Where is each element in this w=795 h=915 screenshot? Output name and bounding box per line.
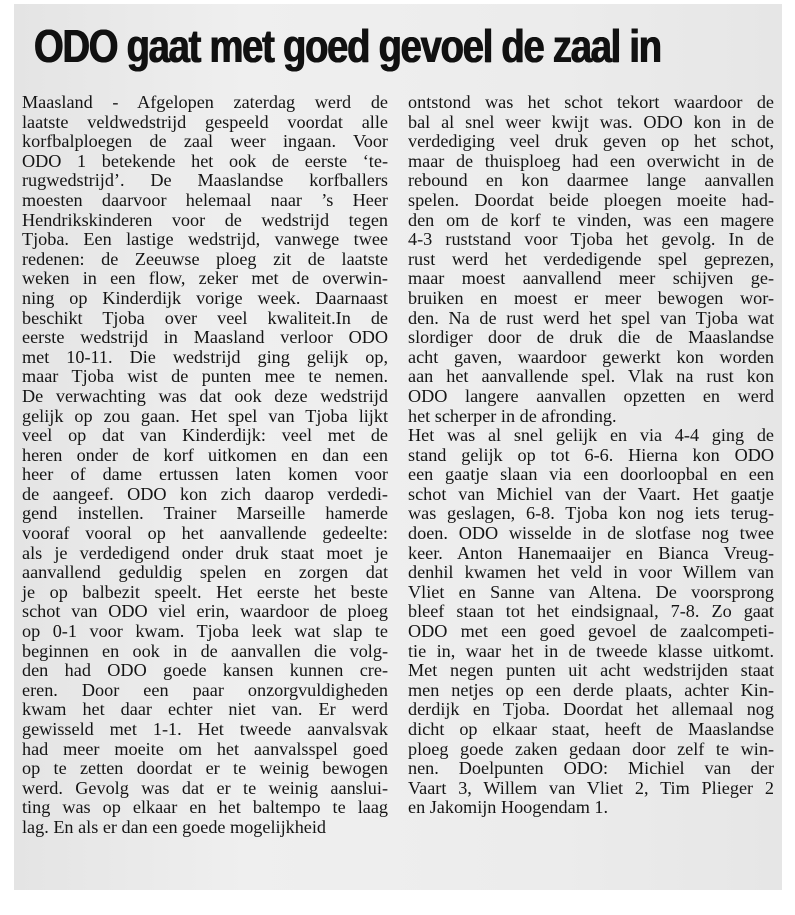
text-line: het scherper in de afronding. [408,407,774,427]
text-line: en Jakomijn Hoogendam 1. [408,798,774,818]
text-line: de aangeef. ODO kon zich daarop verdedi- [22,485,388,505]
text-line: rust werd het verdedigende spel geprezen… [408,250,774,270]
text-line: Maasland - Afgelopen zaterdag werd de [22,93,388,113]
text-line: bal al snel weer kwijt was. ODO kon in d… [408,113,774,133]
text-line: derdijk en Tjoba. Doordat het allemaal n… [408,700,774,720]
text-line: ting was op elkaar en het baltempo te la… [22,798,388,818]
text-line: werd. Gevolg was dat er te weinig aanslu… [22,779,388,799]
text-line: was geslagen, 6-8. Tjoba kon nog iets te… [408,504,774,524]
text-line: ning op Kinderdijk vorige week. Daarnaas… [22,289,388,309]
text-line: je op balbezit speelt. Het eerste het be… [22,583,388,603]
text-line: ontstond was het schot tekort waardoor d… [408,93,774,113]
text-line: had meer moeite om het aanvalsspel goed [22,740,388,760]
text-line: korfbalploegen de zaal weer ingaan. Voor [22,132,388,152]
text-line: denhil kwamen het veld in voor Willem va… [408,563,774,583]
text-line: op 0-1 voor kwam. Tjoba leek wat slap te [22,622,388,642]
text-line: lag. En als er dan een goede mogelijkhei… [22,818,388,838]
text-line: heer of dame ertussen laten komen voor [22,465,388,485]
text-line: Vaart 3, Willem van Vliet 2, Tim Plieger… [408,779,774,799]
text-line: met 10-11. Die wedstrijd ging gelijk op, [22,348,388,368]
text-line: op te zetten doordat er te weinig bewoge… [22,759,388,779]
text-line: nen. Doelpunten ODO: Michiel van der [408,759,774,779]
text-line: heren onder de korf uitkomen en dan een [22,446,388,466]
text-line: beginnen en ook in de aanvallen die volg… [22,642,388,662]
text-line: moesten daarvoor helemaal naar ’s Heer [22,191,388,211]
text-line: Het was al snel gelijk en via 4-4 ging d… [408,426,774,446]
text-line: Tjoba. Een lastige wedstrijd, vanwege tw… [22,230,388,250]
text-line: aanvallend geduldig spelen en zorgen dat [22,563,388,583]
text-line: den had ODO goede kansen kunnen cre- [22,661,388,681]
text-line: den om de korf te vinden, was een magere [408,211,774,231]
text-line: verdediging veel druk geven op het schot… [408,132,774,152]
text-line: veel op dat van Kinderdijk: veel met de [22,426,388,446]
text-line: redenen: de Zeeuwse ploeg zit de laatste [22,250,388,270]
text-line: aan het aanvallende spel. Vlak na rust k… [408,367,774,387]
text-line: Vliet en Sanne van Altena. De voorsprong [408,583,774,603]
text-line: rugwedstrijd’. De Maaslandse korfballers [22,171,388,191]
text-line: stand gelijk op tot 6-6. Hierna kon ODO [408,446,774,466]
text-line: spelen. Doordat beide ploegen moeite had… [408,191,774,211]
text-line: maar moest aanvallend meer schijven ge- [408,269,774,289]
text-line: eerste wedstrijd in Maasland verloor ODO [22,328,388,348]
text-line: slordiger door de druk die de Maaslandse [408,328,774,348]
article-body: Maasland - Afgelopen zaterdag werd delaa… [22,93,774,883]
text-line: ODO langere aanvallen opzetten en werd [408,387,774,407]
text-line: beschikt Tjoba over veel kwaliteit.In de [22,309,388,329]
article-column-right: ontstond was het schot tekort waardoor d… [408,93,774,883]
text-line: gelijk op zou gaan. Het spel van Tjoba l… [22,407,388,427]
text-line: vooraf vooral op het aanvallende gedeelt… [22,524,388,544]
text-line: gewisseld met 1-1. Het tweede aanvalsvak [22,720,388,740]
text-line: Met negen punten uit acht wedstrijden st… [408,661,774,681]
text-line: acht gaven, waardoor gewerkt kon worden [408,348,774,368]
text-line: keer. Anton Hanemaaijer en Bianca Vreug- [408,544,774,564]
text-line: maar de thuisploeg had een overwicht in … [408,152,774,172]
text-line: gend instellen. Trainer Marseille hamerd… [22,504,388,524]
text-line: als je verdedigend onder druk staat moet… [22,544,388,564]
text-line: weken in een flow, zeker met de overwin- [22,269,388,289]
text-line: schot van Michiel van der Vaart. Het gaa… [408,485,774,505]
text-line: eren. Door een paar onzorgvuldigheden [22,681,388,701]
text-line: kwam het daar echter niet van. Er werd [22,700,388,720]
text-line: ODO 1 betekende het ook de eerste ‘te- [22,152,388,172]
text-line: maar Tjoba wist de punten mee te nemen. [22,367,388,387]
text-line: 4-3 ruststand voor Tjoba het gevolg. In … [408,230,774,250]
text-line: De verwachting was dat ook deze wedstrij… [22,387,388,407]
headline: ODO gaat met goed gevoel de zaal in [34,16,648,76]
text-line: een gaatje slaan via een doorloopbal en … [408,465,774,485]
text-line: men netjes op een derde plaats, achter K… [408,681,774,701]
text-line: bleef staan tot het eindsignaal, 7-8. Zo… [408,602,774,622]
article-column-left: Maasland - Afgelopen zaterdag werd delaa… [22,93,388,883]
text-line: tie in, waar het in de tweede klasse uit… [408,642,774,662]
text-line: den. Na de rust werd het spel van Tjoba … [408,309,774,329]
text-line: ploeg goede zaken gedaan door zelf te wi… [408,740,774,760]
newspaper-clipping: ODO gaat met goed gevoel de zaal in Maas… [14,4,782,890]
text-line: laatste veldwedstrijd gespeeld voordat a… [22,113,388,133]
text-line: ODO met een goed gevoel de zaalcompeti- [408,622,774,642]
text-line: doen. ODO wisselde in de slotfase nog tw… [408,524,774,544]
text-line: dicht op elkaar staat, heeft de Maasland… [408,720,774,740]
text-line: rebound en kon daarmee lange aanvallen [408,171,774,191]
text-line: Hendrikskinderen voor de wedstrijd tegen [22,211,388,231]
text-line: schot van ODO viel erin, waardoor de plo… [22,602,388,622]
text-line: bruiken en moest er meer bewogen wor- [408,289,774,309]
